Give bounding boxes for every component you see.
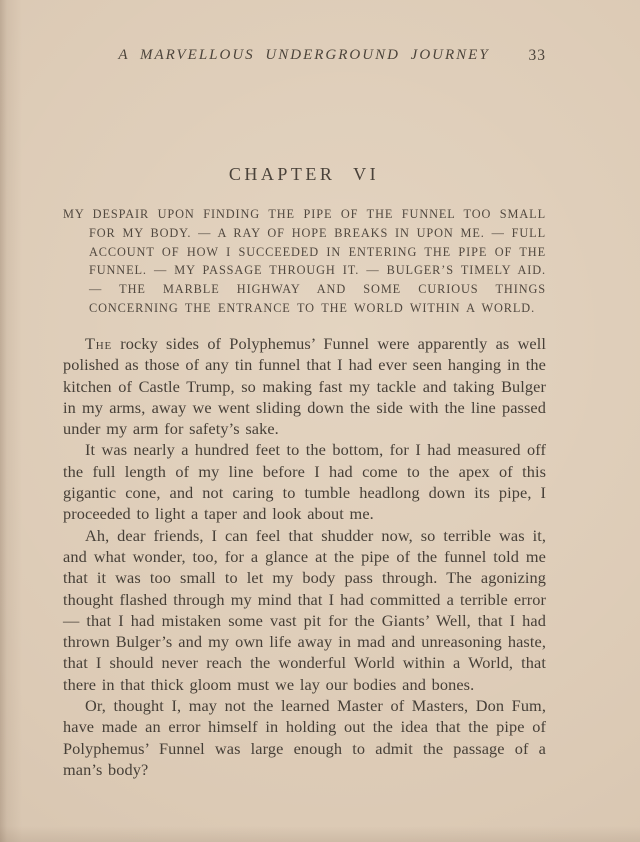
paragraph-text: Ah, dear friends, I can feel that shudde… bbox=[63, 526, 546, 694]
paragraph-text: It was nearly a hundred feet to the bott… bbox=[63, 440, 546, 523]
running-head-title: A MARVELLOUS UNDERGROUND JOURNEY bbox=[62, 47, 546, 64]
running-head-row: A MARVELLOUS UNDERGROUND JOURNEY 33 bbox=[62, 47, 546, 67]
book-page-scan: { "page": { "running_head": "A MARVELLOU… bbox=[0, 0, 640, 842]
paragraph-text: Or, thought I, may not the learned Maste… bbox=[63, 696, 546, 779]
chapter-summary: MY DESPAIR UPON FINDING THE PIPE OF THE … bbox=[63, 205, 546, 318]
page-number: 33 bbox=[529, 47, 547, 65]
chapter-heading: CHAPTER VI bbox=[62, 164, 546, 185]
lead-word: The bbox=[85, 334, 112, 353]
body-paragraph: The rocky sides of Polyphemus’ Funnel we… bbox=[63, 333, 546, 439]
body-paragraph: It was nearly a hundred feet to the bott… bbox=[63, 439, 546, 524]
body-paragraph: Or, thought I, may not the learned Maste… bbox=[63, 695, 546, 780]
body-paragraph: Ah, dear friends, I can feel that shudde… bbox=[63, 525, 546, 695]
paragraph-text: rocky sides of Polyphemus’ Funnel were a… bbox=[63, 334, 546, 438]
body-text: The rocky sides of Polyphemus’ Funnel we… bbox=[63, 333, 546, 780]
